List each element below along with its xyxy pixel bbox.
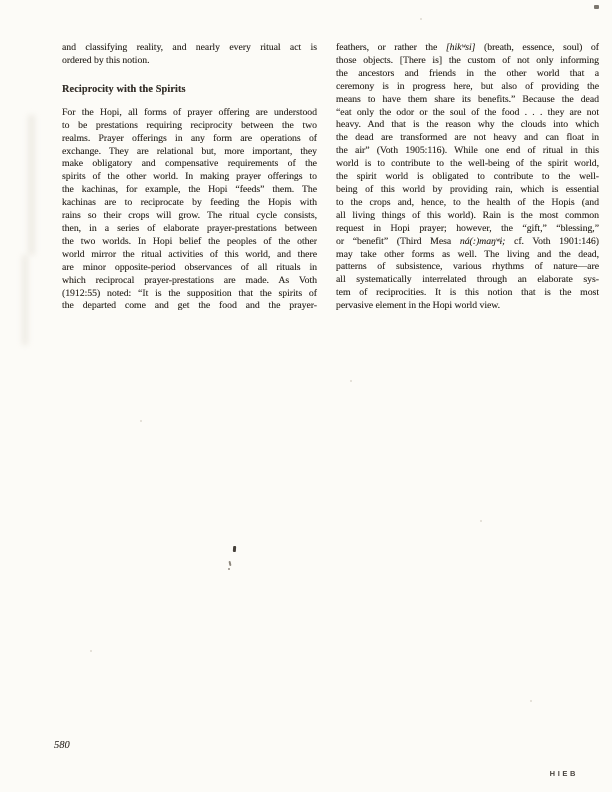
text-line: kachinas are to reciprocate by feeding t… — [62, 197, 317, 210]
dust-speck — [480, 520, 482, 522]
text-line: feathers, or rather the [hikʷsi] (breath… — [336, 42, 599, 55]
text-line: to be prestations requiring reciprocity … — [62, 120, 317, 133]
dust-speck — [420, 18, 422, 20]
ink-speck — [229, 561, 232, 566]
scanned-book-page: and classifying reality, and nearly ever… — [0, 0, 612, 792]
text-line: patterns of subsistence, various rhythms… — [336, 261, 599, 274]
text-line: heavy. And that is the reason why the cl… — [336, 119, 599, 132]
text-line: the two worlds. In Hopi belief the peopl… — [62, 236, 317, 249]
text-line: and classifying reality, and nearly ever… — [62, 42, 317, 55]
running-footer-author: HIEB — [550, 769, 578, 778]
text-line: all systematically interrelated through … — [336, 274, 599, 287]
ink-speck — [594, 5, 599, 9]
text-line: rains so their crops will grow. The ritu… — [62, 210, 317, 223]
scan-streak — [22, 255, 28, 345]
text-line: “eat only the odor or the soul of the fo… — [336, 107, 599, 120]
ink-speck — [233, 546, 236, 552]
body-paragraph-left: For the Hopi, all forms of prayer offeri… — [62, 107, 317, 314]
text-line: world mirror the ritual activities of th… — [62, 249, 317, 262]
text-line: those objects. [There is] the custom of … — [336, 55, 599, 68]
ink-speck — [228, 568, 230, 570]
text-line: the departed come and get the food and t… — [62, 300, 317, 313]
text-line: means to have them share its benefits.” … — [336, 94, 599, 107]
text-line: ordered by this notion. — [62, 55, 317, 68]
text-line: the air” (Voth 1905:116). While one end … — [336, 145, 599, 158]
text-line: For the Hopi, all forms of prayer offeri… — [62, 107, 317, 120]
text-line: the ancestors and friends in the other w… — [336, 68, 599, 81]
intro-paragraph: and classifying reality, and nearly ever… — [62, 42, 317, 68]
text-line: the spirit world is obligated to contrib… — [336, 171, 599, 184]
text-line: spirits of the other world. In making pr… — [62, 171, 317, 184]
page-number: 580 — [54, 740, 70, 751]
text-line: (1912:55) noted: “It is the supposition … — [62, 288, 317, 301]
text-line: then, in a series of elaborate prayer-pr… — [62, 223, 317, 236]
text-line: make obligatory and compensative require… — [62, 158, 317, 171]
section-heading: Reciprocity with the Spirits — [62, 83, 317, 96]
text-line: tem of reciprocities. It is this notion … — [336, 287, 599, 300]
text-line: are minor opposite-period observances of… — [62, 262, 317, 275]
text-line: world is to contribute to the well-being… — [336, 158, 599, 171]
text-line: the dead are transformed are not heavy a… — [336, 132, 599, 145]
text-line: request in Hopi prayer; however, the “gi… — [336, 223, 599, 236]
dust-speck — [90, 650, 92, 652]
text-line: realms. Prayer offerings in any form are… — [62, 133, 317, 146]
text-line: exchange. They are relational but, more … — [62, 146, 317, 159]
text-line: may take other forms as well. The living… — [336, 249, 599, 262]
dust-speck — [140, 420, 142, 422]
body-paragraph-right: feathers, or rather the [hikʷsi] (breath… — [336, 42, 599, 313]
text-line: ceremony is in progress here, but also o… — [336, 81, 599, 94]
text-line: or “benefit” (Third Mesa ná(:)maŋʷɨ; cf.… — [336, 236, 599, 249]
text-line: the kachinas, for example, the Hopi “fee… — [62, 184, 317, 197]
text-line: being of this world by providing rain, w… — [336, 184, 599, 197]
text-line: pervasive element in the Hopi world view… — [336, 300, 599, 313]
dust-speck — [530, 700, 532, 702]
text-line: to the crops and, hence, to the health o… — [336, 197, 599, 210]
dust-speck — [350, 380, 352, 382]
left-column: and classifying reality, and nearly ever… — [62, 42, 317, 313]
scan-streak — [28, 115, 35, 255]
text-line: which reciprocal prayer-prestations are … — [62, 275, 317, 288]
right-column: feathers, or rather the [hikʷsi] (breath… — [336, 42, 599, 313]
text-line: all living things of this world). Rain i… — [336, 210, 599, 223]
